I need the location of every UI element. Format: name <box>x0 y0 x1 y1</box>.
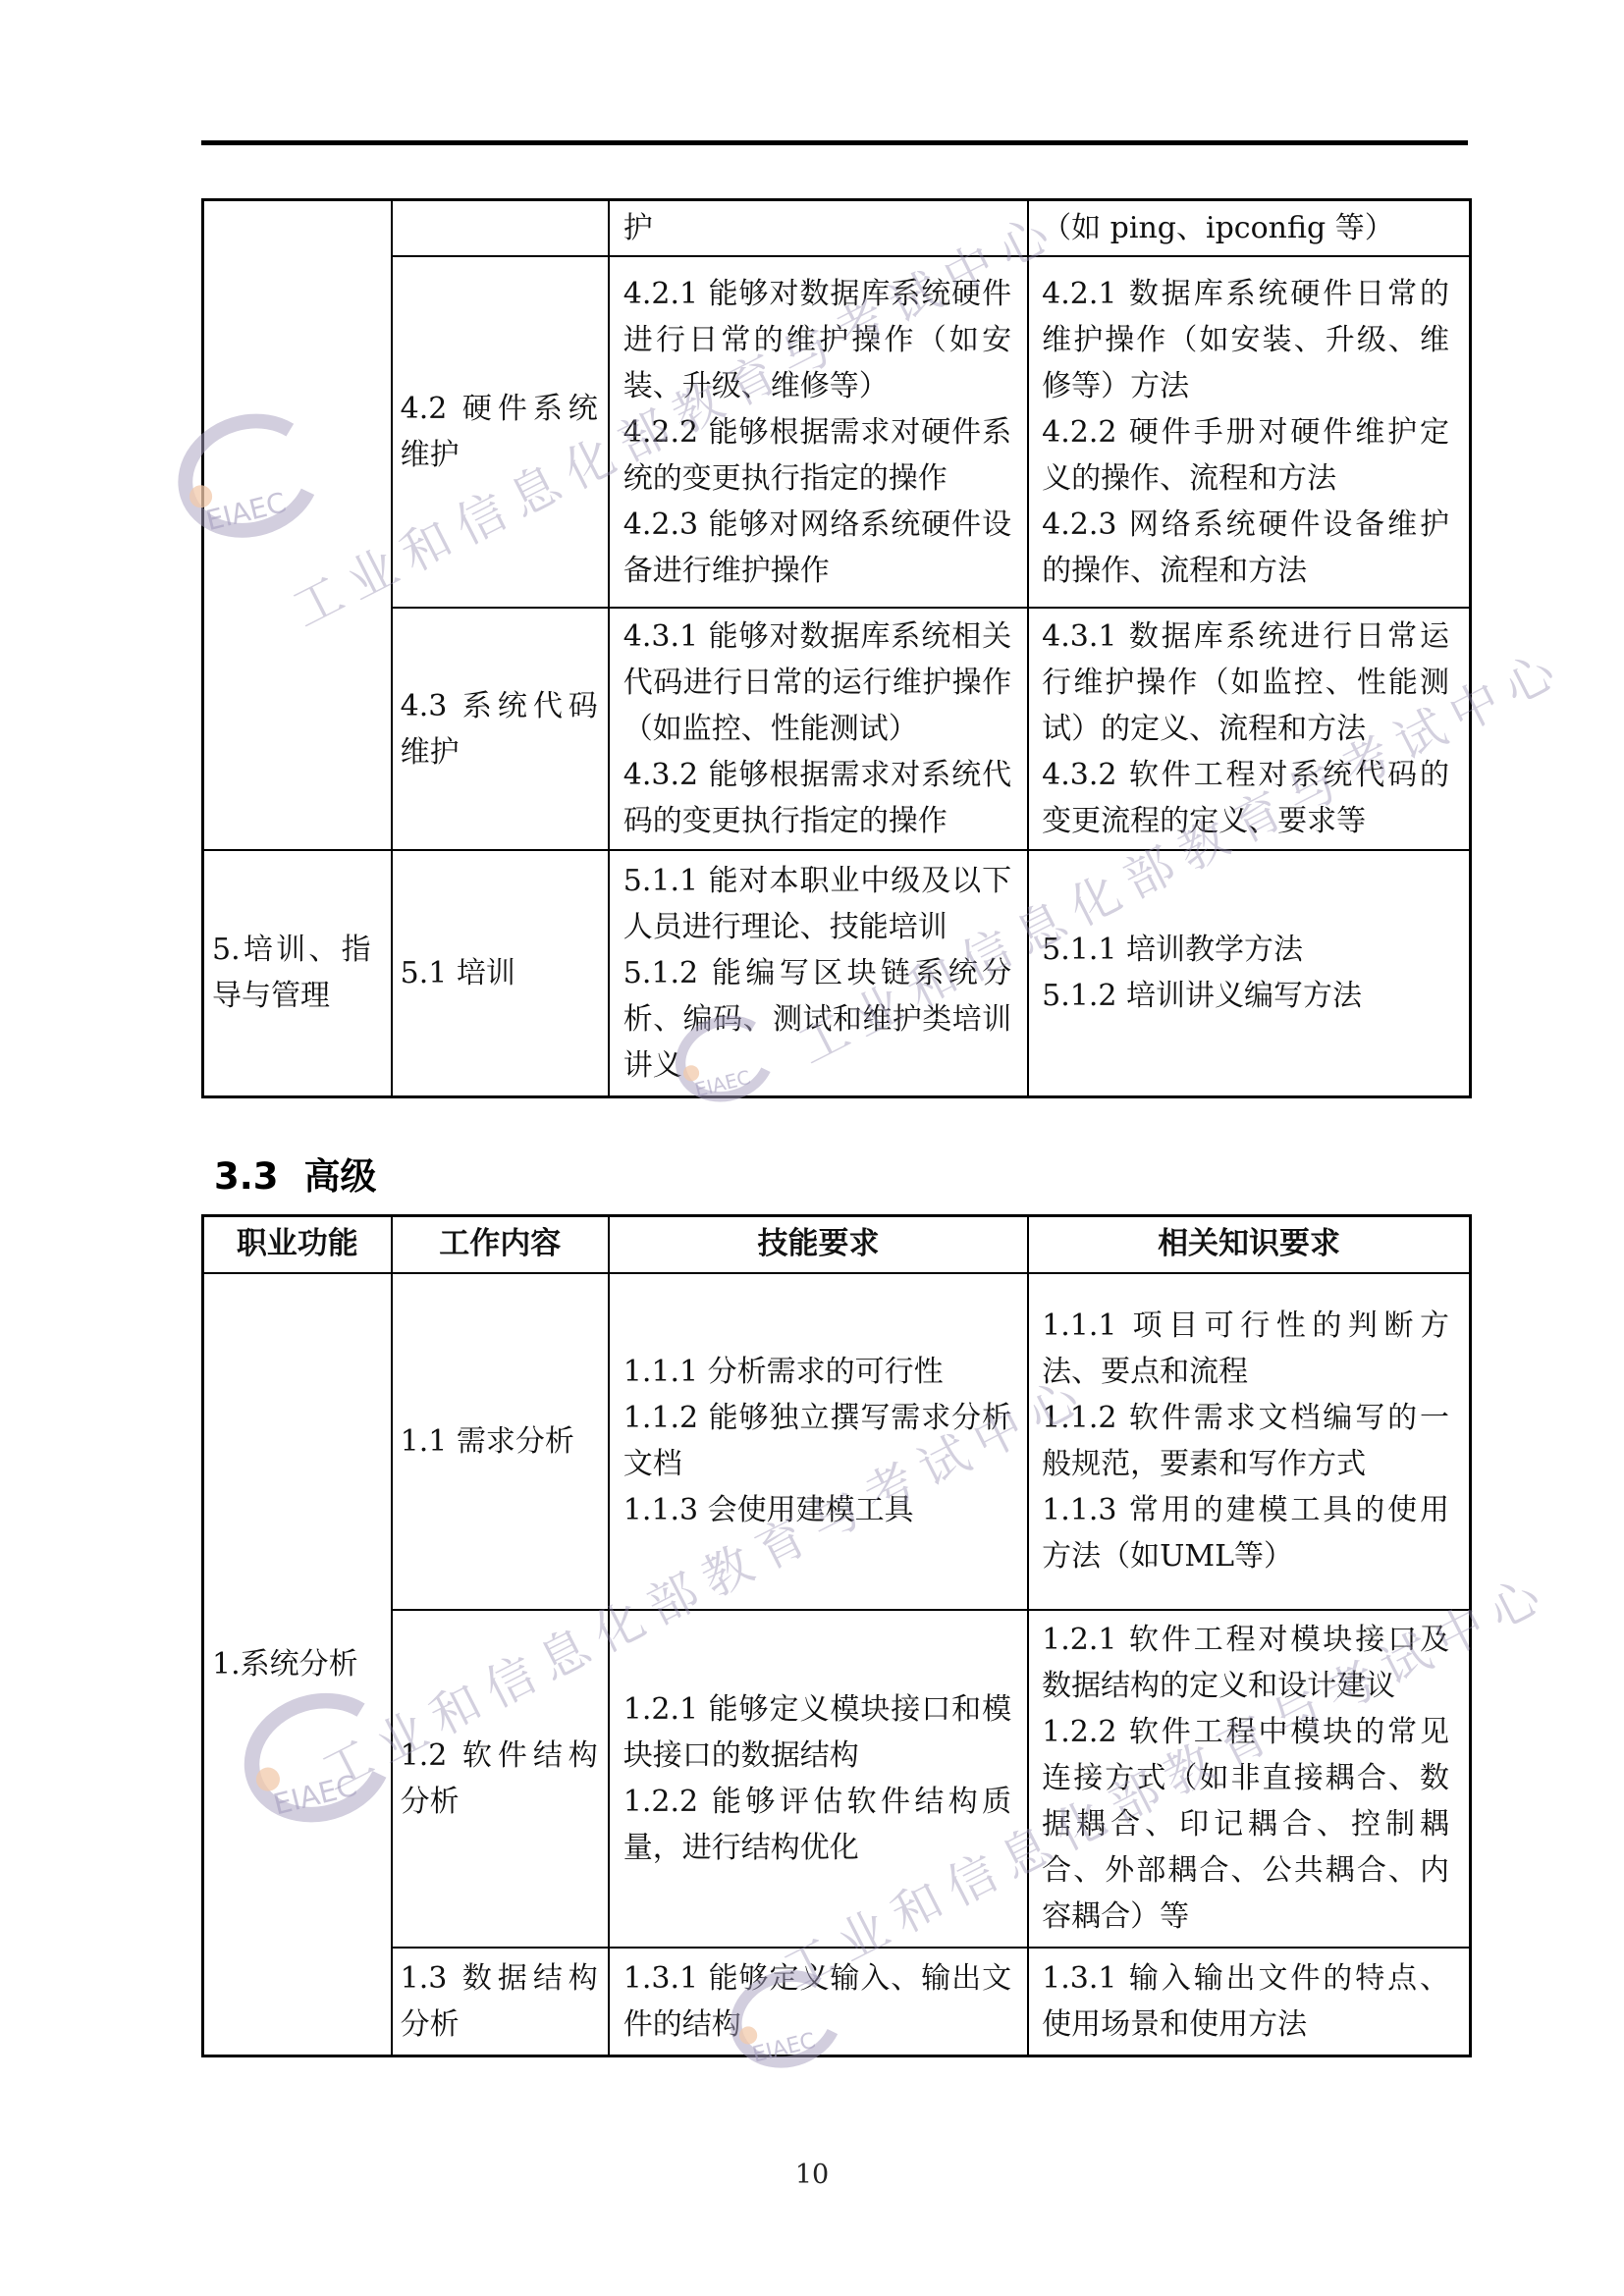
section-heading: 3.3高级 <box>214 1147 377 1200</box>
cell-skill-4-2: 4.2.1 能够对数据库系统硬件进行日常的维护操作（如安装、升级、维修等） 4.… <box>609 256 1028 608</box>
section-number: 3.3 <box>214 1155 279 1198</box>
table-header-row: 职业功能 工作内容 技能要求 相关知识要求 <box>203 1216 1471 1273</box>
cell-knowledge-1-1: 1.1.1 项目可行性的判断方法、要点和流程 1.1.2 软件需求文档编写的一般… <box>1028 1273 1470 1610</box>
cell-work-1-3: 1.3 数据结构分析 <box>392 1948 609 2056</box>
skill-item: 1.1.1 分析需求的可行性 <box>623 1349 1011 1395</box>
table-row: 1.2 软件结构分析 1.2.1 能够定义模块接口和模块接口的数据结构 1.2.… <box>203 1610 1471 1948</box>
header-rule <box>201 140 1468 145</box>
function-label: 5.培训、指导与管理 <box>212 927 371 1019</box>
header-skill: 技能要求 <box>609 1216 1028 1273</box>
work-label: 5.1 培训 <box>401 950 598 996</box>
cell-skill-continuation: 护 <box>609 200 1028 257</box>
cell-function-1: 1.系统分析 <box>203 1273 392 2056</box>
cell-skill-1-1: 1.1.1 分析需求的可行性 1.1.2 能够独立撰写需求分析文档 1.1.3 … <box>609 1273 1028 1610</box>
work-label: 1.1 需求分析 <box>401 1418 598 1465</box>
skill-item: 5.1.2 能编写区块链系统分析、编码、测试和维护类培训讲义 <box>623 950 1011 1089</box>
cell-knowledge-4-2: 4.2.1 数据库系统硬件日常的维护操作（如安装、升级、维修等）方法 4.2.2… <box>1028 256 1470 608</box>
knowledge-item: 4.3.1 数据库系统进行日常运行维护操作（如监控、性能测试）的定义、流程和方法 <box>1042 614 1449 752</box>
cell-work-5-1: 5.1 培训 <box>392 850 609 1096</box>
skill-item: 1.2.2 能够评估软件结构质量，进行结构优化 <box>623 1779 1011 1871</box>
cell-knowledge-1-2: 1.2.1 软件工程对模块接口及数据结构的定义和设计建议 1.2.2 软件工程中… <box>1028 1610 1470 1948</box>
knowledge-item: 4.2.1 数据库系统硬件日常的维护操作（如安装、升级、维修等）方法 <box>1042 271 1449 409</box>
cell-skill-1-3: 1.3.1 能够定义输入、输出文件的结构 <box>609 1948 1028 2056</box>
cell-work-empty <box>392 200 609 257</box>
function-label: 1.系统分析 <box>212 1641 371 1687</box>
knowledge-item: 1.2.1 软件工程对模块接口及数据结构的定义和设计建议 <box>1042 1617 1449 1709</box>
skill-item: 4.3.2 能够根据需求对系统代码的变更执行指定的操作 <box>623 752 1011 844</box>
knowledge-item: 4.2.2 硬件手册对硬件维护定义的操作、流程和方法 <box>1042 409 1449 502</box>
knowledge-item: 1.1.3 常用的建模工具的使用方法（如UML等） <box>1042 1487 1449 1579</box>
work-label: 1.2 软件结构分析 <box>401 1733 598 1825</box>
header-knowledge: 相关知识要求 <box>1028 1216 1470 1273</box>
cell-skill-4-3: 4.3.1 能够对数据库系统相关代码进行日常的运行维护操作（如监控、性能测试） … <box>609 608 1028 850</box>
knowledge-item: 4.3.2 软件工程对系统代码的变更流程的定义、要求等 <box>1042 752 1449 844</box>
table-row: 1.系统分析 1.1 需求分析 1.1.1 分析需求的可行性 1.1.2 能够独… <box>203 1273 1471 1610</box>
knowledge-item: 1.1.1 项目可行性的判断方法、要点和流程 <box>1042 1303 1449 1395</box>
cell-function-5: 5.培训、指导与管理 <box>203 850 392 1096</box>
skill-item: 5.1.1 能对本职业中级及以下人员进行理论、技能培训 <box>623 858 1011 950</box>
skill-item: 1.2.1 能够定义模块接口和模块接口的数据结构 <box>623 1686 1011 1779</box>
knowledge-item: 1.1.2 软件需求文档编写的一般规范，要素和写作方式 <box>1042 1395 1449 1487</box>
work-label: 1.3 数据结构分析 <box>401 1955 598 2048</box>
cell-work-4-3: 4.3 系统代码维护 <box>392 608 609 850</box>
occupational-skill-table-continued: 护 （如 ping、ipconfig 等） 4.2 硬件系统维护 4.2.1 能… <box>201 198 1472 1098</box>
knowledge-item: 5.1.2 培训讲义编写方法 <box>1042 973 1449 1019</box>
skill-item: 4.2.3 能够对网络系统硬件设备进行维护操作 <box>623 502 1011 594</box>
table-row: 4.2 硬件系统维护 4.2.1 能够对数据库系统硬件进行日常的维护操作（如安装… <box>203 256 1471 608</box>
table-row: 1.3 数据结构分析 1.3.1 能够定义输入、输出文件的结构 1.3.1 输入… <box>203 1948 1471 2056</box>
knowledge-item: 1.2.2 软件工程中模块的常见连接方式（如非直接耦合、数据耦合、印记耦合、控制… <box>1042 1709 1449 1940</box>
skill-item: 护 <box>623 205 1011 251</box>
work-label: 4.3 系统代码维护 <box>401 683 598 775</box>
cell-knowledge-continuation: （如 ping、ipconfig 等） <box>1028 200 1470 257</box>
work-label: 4.2 硬件系统维护 <box>401 386 598 478</box>
knowledge-item: 1.3.1 输入输出文件的特点、使用场景和使用方法 <box>1042 1955 1449 2048</box>
cell-knowledge-1-3: 1.3.1 输入输出文件的特点、使用场景和使用方法 <box>1028 1948 1470 2056</box>
header-work: 工作内容 <box>392 1216 609 1273</box>
cell-function-empty <box>203 200 392 851</box>
table-row: 5.培训、指导与管理 5.1 培训 5.1.1 能对本职业中级及以下人员进行理论… <box>203 850 1471 1096</box>
skill-item: 1.3.1 能够定义输入、输出文件的结构 <box>623 1955 1011 2048</box>
document-page: 护 （如 ping、ipconfig 等） 4.2 硬件系统维护 4.2.1 能… <box>0 0 1624 2296</box>
knowledge-item: （如 ping、ipconfig 等） <box>1042 205 1449 251</box>
cell-knowledge-4-3: 4.3.1 数据库系统进行日常运行维护操作（如监控、性能测试）的定义、流程和方法… <box>1028 608 1470 850</box>
section-title: 高级 <box>304 1155 377 1198</box>
table-row: 4.3 系统代码维护 4.3.1 能够对数据库系统相关代码进行日常的运行维护操作… <box>203 608 1471 850</box>
cell-work-1-1: 1.1 需求分析 <box>392 1273 609 1610</box>
cell-work-1-2: 1.2 软件结构分析 <box>392 1610 609 1948</box>
skill-item: 1.1.2 能够独立撰写需求分析文档 <box>623 1395 1011 1487</box>
knowledge-item: 5.1.1 培训教学方法 <box>1042 927 1449 973</box>
skill-item: 4.3.1 能够对数据库系统相关代码进行日常的运行维护操作（如监控、性能测试） <box>623 614 1011 752</box>
page-number: 10 <box>0 2160 1624 2190</box>
knowledge-item: 4.2.3 网络系统硬件设备维护的操作、流程和方法 <box>1042 502 1449 594</box>
cell-skill-5-1: 5.1.1 能对本职业中级及以下人员进行理论、技能培训 5.1.2 能编写区块链… <box>609 850 1028 1096</box>
table-row: 护 （如 ping、ipconfig 等） <box>203 200 1471 257</box>
skill-item: 4.2.2 能够根据需求对硬件系统的变更执行指定的操作 <box>623 409 1011 502</box>
header-function: 职业功能 <box>203 1216 392 1273</box>
skill-item: 4.2.1 能够对数据库系统硬件进行日常的维护操作（如安装、升级、维修等） <box>623 271 1011 409</box>
cell-knowledge-5-1: 5.1.1 培训教学方法 5.1.2 培训讲义编写方法 <box>1028 850 1470 1096</box>
cell-skill-1-2: 1.2.1 能够定义模块接口和模块接口的数据结构 1.2.2 能够评估软件结构质… <box>609 1610 1028 1948</box>
skill-item: 1.1.3 会使用建模工具 <box>623 1487 1011 1533</box>
cell-work-4-2: 4.2 硬件系统维护 <box>392 256 609 608</box>
occupational-skill-table-senior: 职业功能 工作内容 技能要求 相关知识要求 1.系统分析 1.1 需求分析 1.… <box>201 1214 1472 2057</box>
